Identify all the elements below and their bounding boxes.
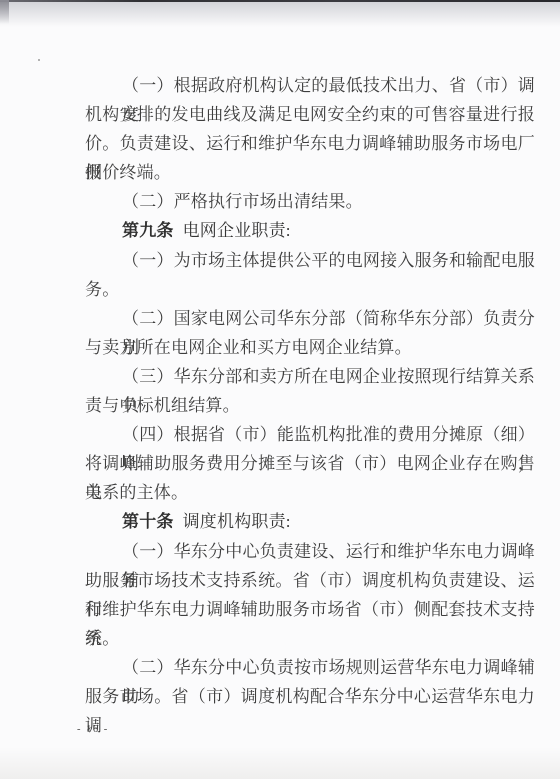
doc-line: （一）为市场主体提供公平的电网接入服务和输配电服 — [85, 246, 535, 275]
doc-line: 责与中标机组结算。 — [85, 391, 535, 420]
doc-line: （二）严格执行市场出清结果。 — [85, 187, 535, 216]
doc-line: （一）华东分中心负责建设、运行和维护华东电力调峰辅 — [85, 537, 535, 566]
doc-line: 报价终端。 — [85, 158, 535, 187]
doc-line: 价。负责建设、运行和维护华东电力调峰辅助服务市场电厂侧 — [85, 129, 535, 158]
doc-line: 服务市场。省（市）调度机构配合华东分中心运营华东电力调 — [85, 682, 535, 711]
doc-line: （三）华东分部和卖方所在电网企业按照现行结算关系负 — [85, 362, 535, 391]
doc-line: 务。 — [85, 275, 535, 304]
doc-line: （二）华东分中心负责按市场规则运营华东电力调峰辅助 — [85, 653, 535, 682]
doc-line: 与卖方所在电网企业和买方电网企业结算。 — [85, 333, 535, 362]
page-number: - 16 - — [77, 724, 109, 735]
doc-line: 关系的主体。 — [85, 478, 535, 507]
article-9-number: 第九条 — [122, 221, 174, 240]
article-9-heading: 第九条电网企业职责: — [85, 216, 535, 245]
doc-line: 将调峰辅助服务费用分摊至与该省（市）电网企业存在购售电 — [85, 449, 535, 478]
doc-line: （二）国家电网公司华东分部（简称华东分部）负责分别 — [85, 304, 535, 333]
doc-line: 和维护华东电力调峰辅助服务市场省（市）侧配套技术支持系 — [85, 595, 535, 624]
doc-line: 统。 — [85, 624, 535, 653]
scan-top-shadow — [0, 2, 560, 27]
doc-line: 机构安排的发电曲线及满足电网安全约束的可售容量进行报 — [85, 100, 535, 129]
doc-line: （一）根据政府机构认定的最低技术出力、省（市）调度 — [85, 71, 535, 100]
article-10-heading: 第十条调度机构职责: — [85, 507, 535, 536]
scan-corner-shadow — [0, 0, 9, 24]
scanned-document-page: { "page": { "number": "- 16 -" }, "color… — [0, 0, 560, 779]
document-body: （一）根据政府机构认定的最低技术出力、省（市）调度 机构安排的发电曲线及满足电网… — [85, 71, 535, 711]
article-10-number: 第十条 — [122, 512, 174, 531]
doc-line: （四）根据省（市）能监机构批准的费用分摊原（细）则， — [85, 420, 535, 449]
scan-noise-speck — [38, 59, 40, 61]
doc-line: 助服务市场技术支持系统。省（市）调度机构负责建设、运行 — [85, 566, 535, 595]
scan-bottom-shadow — [0, 747, 560, 779]
article-10-title: 调度机构职责: — [183, 512, 291, 531]
article-9-title: 电网企业职责: — [183, 221, 291, 240]
